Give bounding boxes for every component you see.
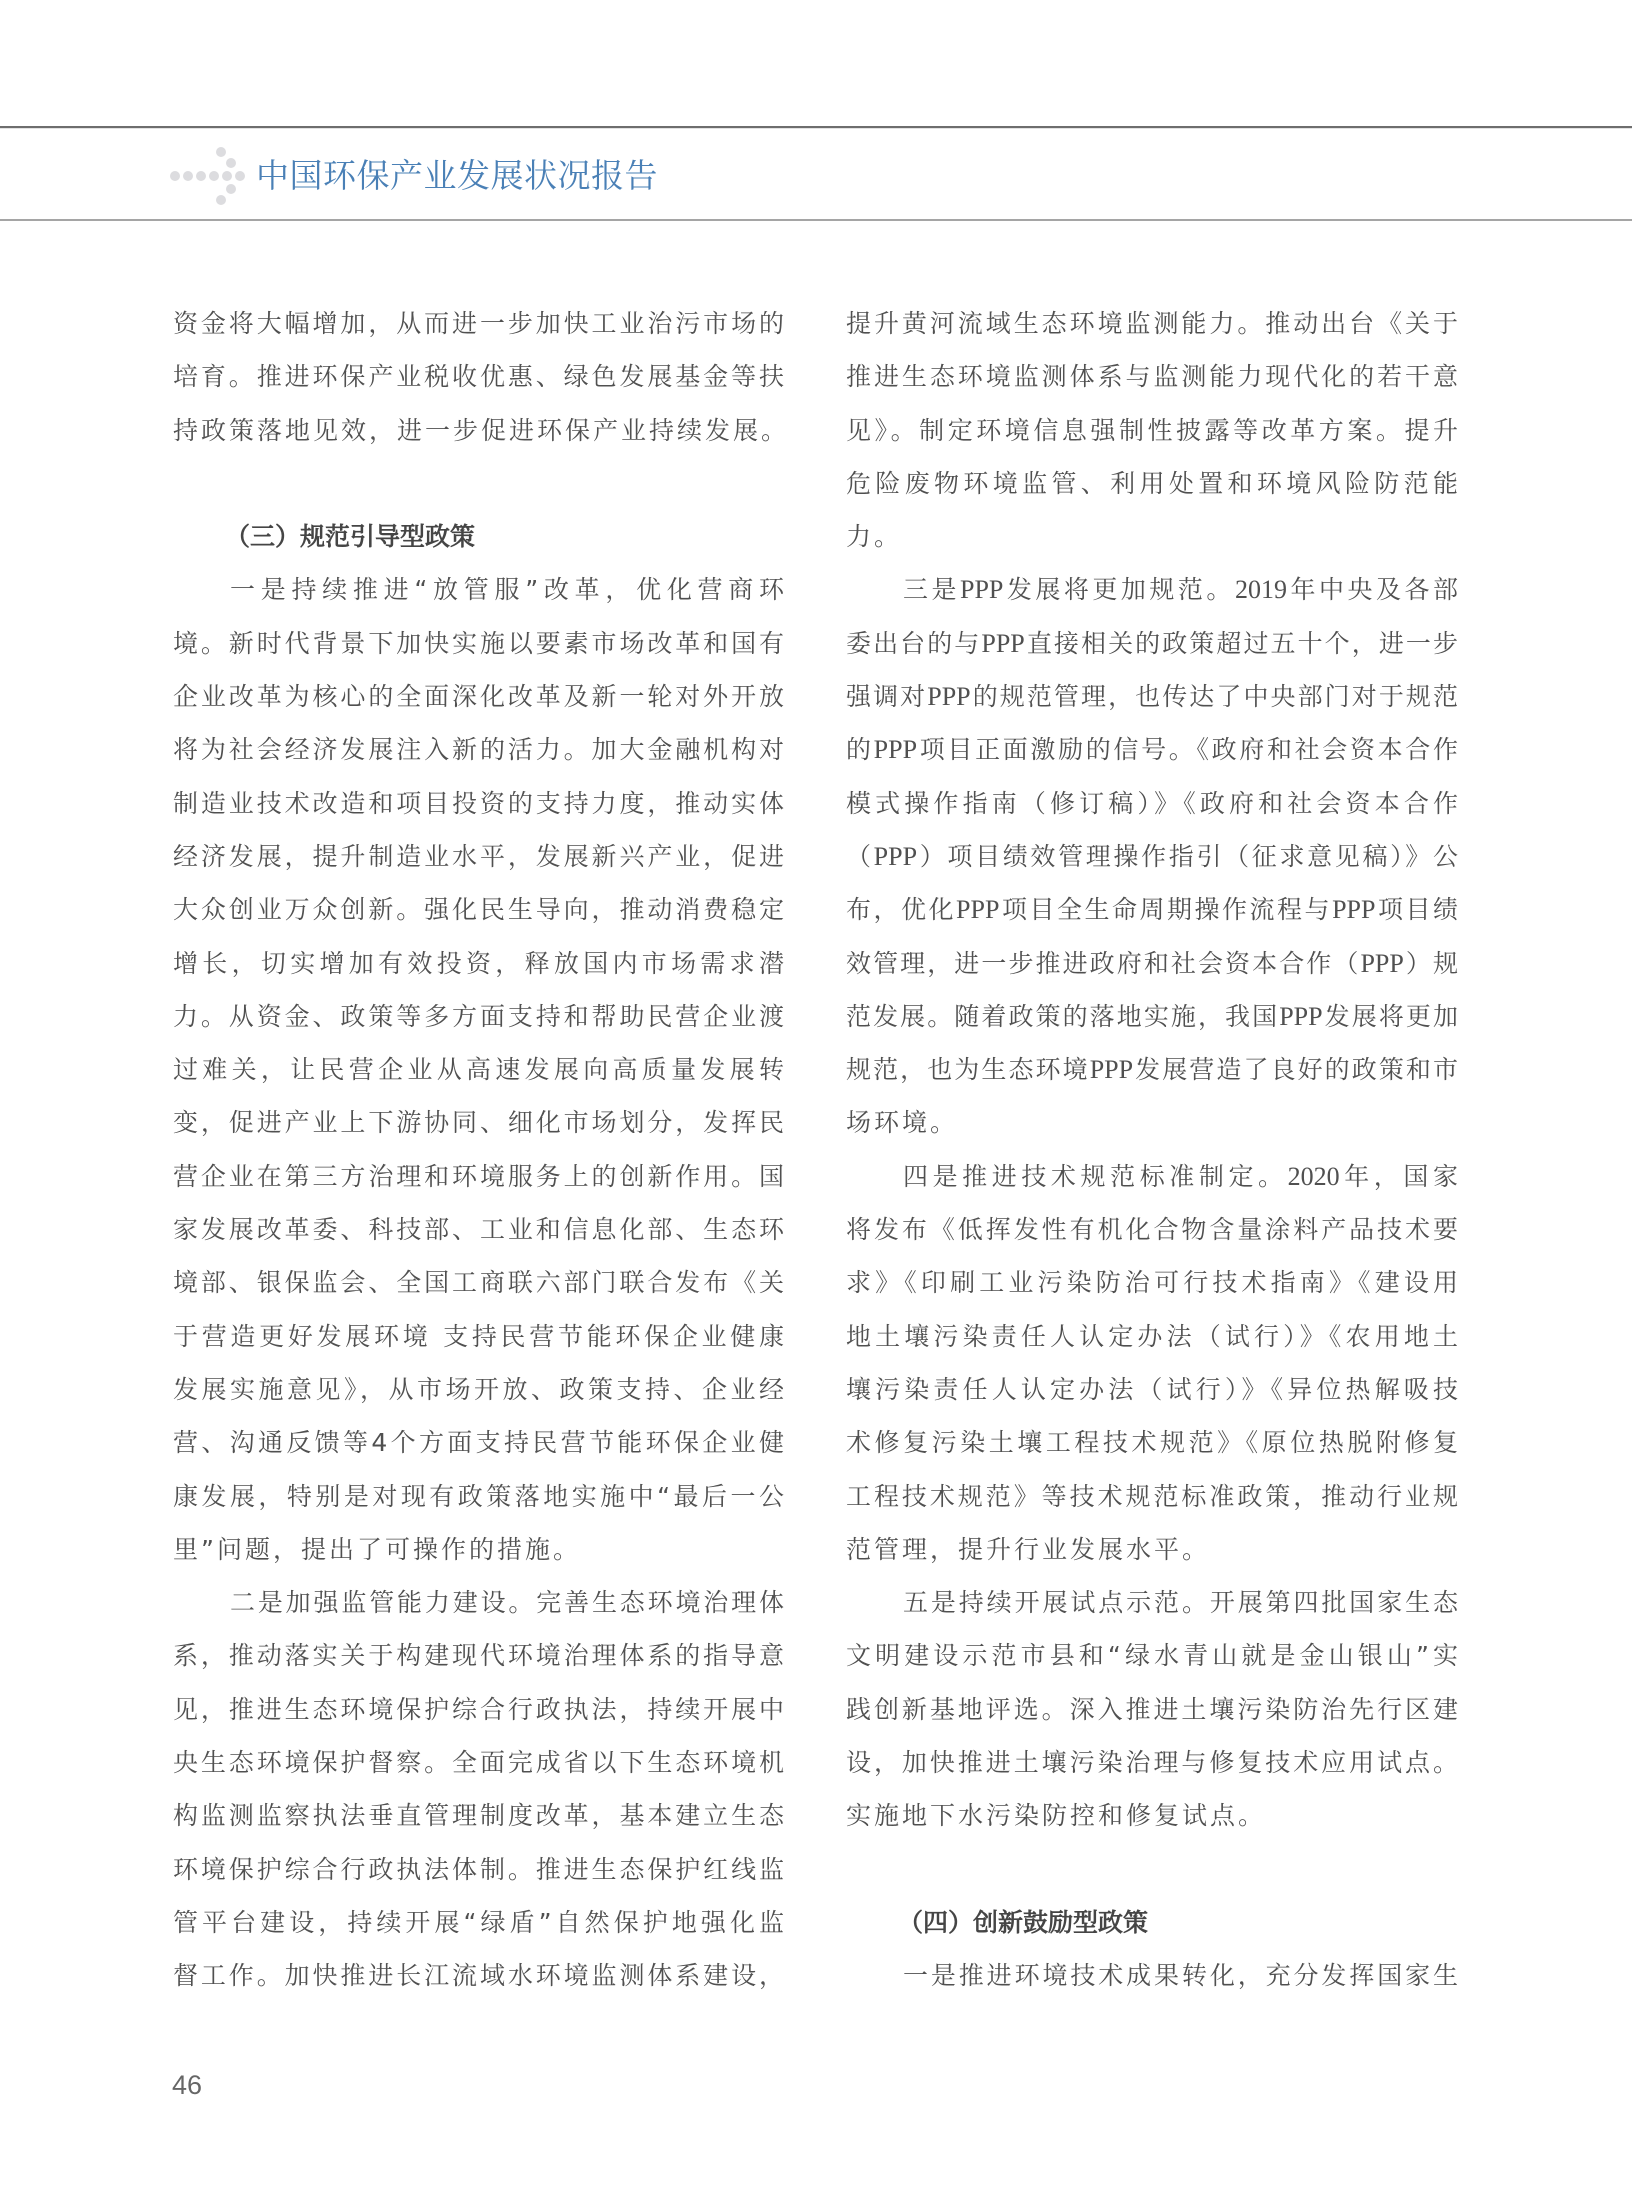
paragraph-line: 构监测监察执法垂直管理制度改革，基本建立生态 <box>173 1789 784 1842</box>
paragraph-line: 管平台建设，持续开展“绿盾”自然保护地强化监 <box>173 1896 784 1949</box>
paragraph-line: 术修复污染土壤工程技术规范》《原位热脱附修复 <box>846 1416 1458 1469</box>
latin-run: PPP <box>1279 1002 1322 1031</box>
paragraph-line: 过难关，让民营企业从高速发展向高质量发展转 <box>173 1043 784 1096</box>
latin-run: PPP <box>960 575 1003 604</box>
paragraph-line: 委出台的与PPP直接相关的政策超过五十个，进一步 <box>846 617 1458 670</box>
paragraph-line: 力。 <box>846 510 1458 563</box>
paragraph-line: 范发展。随着政策的落地实施，我国PPP发展将更加 <box>846 990 1458 1043</box>
paragraph-line: （PPP）项目绩效管理操作指引（征求意见稿）》公 <box>846 830 1458 883</box>
paragraph-line: 推进生态环境监测体系与监测能力现代化的若干意 <box>846 350 1458 403</box>
paragraph-line: 危险废物环境监管、利用处置和环境风险防范能 <box>846 457 1458 510</box>
latin-run: PPP <box>956 895 999 924</box>
latin-run: 2019 <box>1235 575 1287 604</box>
paragraph-line: 经济发展，提升制造业水平，发展新兴产业，促进 <box>173 830 784 883</box>
paragraph-line: 提升黄河流域生态环境监测能力。推动出台《关于 <box>846 297 1458 350</box>
blank-line <box>173 457 784 510</box>
right-text-column: 提升黄河流域生态环境监测能力。推动出台《关于推进生态环境监测体系与监测能力现代化… <box>846 297 1458 2003</box>
paragraph-line: 见，推进生态环境保护综合行政执法，持续开展中 <box>173 1683 784 1736</box>
paragraph-line: 境部、银保监会、全国工商联六部门联合发布《关 <box>173 1256 784 1309</box>
paragraph-line: 营企业在第三方治理和环境服务上的创新作用。国 <box>173 1150 784 1203</box>
paragraph-line: 培育。推进环保产业税收优惠、绿色发展基金等扶 <box>173 350 784 403</box>
paragraph-first-line: 二是加强监管能力建设。完善生态环境治理体 <box>173 1576 784 1629</box>
latin-run: PPP <box>874 842 917 871</box>
paragraph-first-line: 五是持续开展试点示范。开展第四批国家生态 <box>846 1576 1458 1629</box>
paragraph-line: 制造业技术改造和项目投资的支持力度，推动实体 <box>173 777 784 830</box>
paragraph-first-line: 一是推进环境技术成果转化，充分发挥国家生 <box>846 1949 1458 2002</box>
latin-run: PPP <box>874 735 917 764</box>
paragraph-line: 求》《印刷工业污染防治可行技术指南》《建设用 <box>846 1256 1458 1309</box>
latin-run: 2020 <box>1288 1162 1340 1191</box>
paragraph-line: 于营造更好发展环境 支持民营节能环保企业健康 <box>173 1310 784 1363</box>
page-number: 46 <box>172 2070 202 2101</box>
paragraph-line: 督工作。加快推进长江流域水环境监测体系建设， <box>173 1949 784 2002</box>
paragraph-line: 康发展，特别是对现有政策落地实施中“最后一公 <box>173 1470 784 1523</box>
paragraph-line: 环境保护综合行政执法体制。推进生态保护红线监 <box>173 1843 784 1896</box>
section-heading: （四）创新鼓励型政策 <box>846 1896 1458 1949</box>
paragraph-line: 系，推动落实关于构建现代环境治理体系的指导意 <box>173 1629 784 1682</box>
paragraph-line: 资金将大幅增加，从而进一步加快工业治污市场的 <box>173 297 784 350</box>
paragraph-line: 强调对PPP的规范管理，也传达了中央部门对于规范 <box>846 670 1458 723</box>
paragraph-line: 境。新时代背景下加快实施以要素市场改革和国有 <box>173 617 784 670</box>
paragraph-line: 工程技术规范》等技术规范标准政策，推动行业规 <box>846 1470 1458 1523</box>
paragraph-line: 的PPP项目正面激励的信号。《政府和社会资本合作 <box>846 723 1458 776</box>
paragraph-line: 见》。制定环境信息强制性披露等改革方案。提升 <box>846 404 1458 457</box>
paragraph-line: 模式操作指南（修订稿）》《政府和社会资本合作 <box>846 777 1458 830</box>
paragraph-line: 持政策落地见效，进一步促进环保产业持续发展。 <box>173 404 784 457</box>
report-title: 中国环保产业发展状况报告 <box>256 155 658 197</box>
paragraph-line: 发展实施意见》，从市场开放、政策支持、企业经 <box>173 1363 784 1416</box>
paragraph-line: 营、沟通反馈等4个方面支持民营节能环保企业健 <box>173 1416 784 1469</box>
paragraph-line: 效管理，进一步推进政府和社会资本合作（PPP）规 <box>846 937 1458 990</box>
paragraph-line: 设，加快推进土壤污染治理与修复技术应用试点。 <box>846 1736 1458 1789</box>
header-top-rule-shadow <box>0 128 1632 129</box>
section-heading: （三）规范引导型政策 <box>173 510 784 563</box>
header-bottom-rule <box>0 219 1632 221</box>
blank-line <box>846 1843 1458 1896</box>
latin-run: PPP <box>1090 1055 1133 1084</box>
latin-run: PPP <box>981 629 1024 658</box>
dotted-arrow-icon <box>170 146 246 206</box>
latin-run: PPP <box>1332 895 1375 924</box>
paragraph-line: 范管理，提升行业发展水平。 <box>846 1523 1458 1576</box>
paragraph-line: 实施地下水污染防控和修复试点。 <box>846 1789 1458 1842</box>
paragraph-first-line: 一是持续推进“放管服”改革，优化营商环 <box>173 563 784 616</box>
paragraph-line: 地土壤污染责任人认定办法（试行）》《农用地土 <box>846 1310 1458 1363</box>
paragraph-line: 场环境。 <box>846 1096 1458 1149</box>
paragraph-line: 壤污染责任人认定办法（试行）》《异位热解吸技 <box>846 1363 1458 1416</box>
paragraph-line: 增长，切实增加有效投资，释放国内市场需求潜 <box>173 937 784 990</box>
latin-run: PPP <box>927 682 970 711</box>
latin-run: PPP <box>1360 949 1403 978</box>
paragraph-line: 将为社会经济发展注入新的活力。加大金融机构对 <box>173 723 784 776</box>
paragraph-line: 力。从资金、政策等多方面支持和帮助民营企业渡 <box>173 990 784 1043</box>
paragraph-line: 将发布《低挥发性有机化合物含量涂料产品技术要 <box>846 1203 1458 1256</box>
paragraph-line: 企业改革为核心的全面深化改革及新一轮对外开放 <box>173 670 784 723</box>
paragraph-line: 布，优化PPP项目全生命周期操作流程与PPP项目绩 <box>846 883 1458 936</box>
paragraph-line: 文明建设示范市县和“绿水青山就是金山银山”实 <box>846 1629 1458 1682</box>
paragraph-line: 家发展改革委、科技部、工业和信息化部、生态环 <box>173 1203 784 1256</box>
paragraph-line: 规范，也为生态环境PPP发展营造了良好的政策和市 <box>846 1043 1458 1096</box>
paragraph-line: 里”问题，提出了可操作的措施。 <box>173 1523 784 1576</box>
paragraph-line: 大众创业万众创新。强化民生导向，推动消费稳定 <box>173 883 784 936</box>
left-text-column: 资金将大幅增加，从而进一步加快工业治污市场的培育。推进环保产业税收优惠、绿色发展… <box>173 297 784 2003</box>
paragraph-first-line: 三是PPP发展将更加规范。2019年中央及各部 <box>846 563 1458 616</box>
paragraph-line: 变，促进产业上下游协同、细化市场划分，发挥民 <box>173 1096 784 1149</box>
paragraph-first-line: 四是推进技术规范标准制定。2020年，国家 <box>846 1150 1458 1203</box>
paragraph-line: 央生态环境保护督察。全面完成省以下生态环境机 <box>173 1736 784 1789</box>
paragraph-line: 践创新基地评选。深入推进土壤污染防治先行区建 <box>846 1683 1458 1736</box>
